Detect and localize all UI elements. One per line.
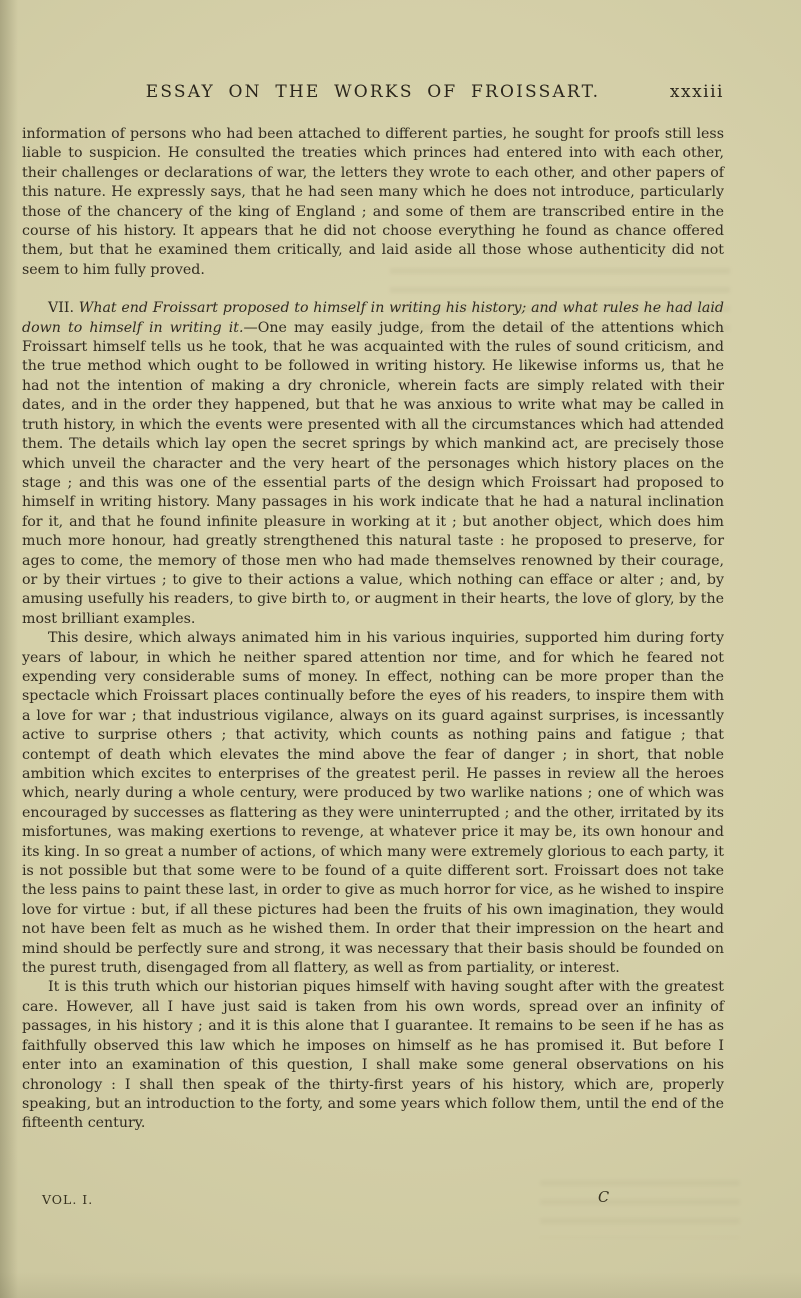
page-gutter-shading bbox=[0, 0, 18, 1298]
paragraph: VII. What end Froissart proposed to hims… bbox=[22, 299, 724, 629]
paragraph: information of persons who had been atta… bbox=[22, 125, 724, 280]
page-body: information of persons who had been atta… bbox=[22, 125, 724, 1134]
page-number: xxxiii bbox=[670, 82, 724, 102]
text-segment: This desire, which always animated him i… bbox=[22, 630, 724, 976]
text-segment: information of persons who had been atta… bbox=[22, 126, 724, 278]
text-segment: VII. bbox=[48, 300, 79, 316]
running-title: ESSAY ON THE WORKS OF FROISSART. bbox=[22, 82, 724, 102]
signature-mark: C bbox=[598, 1190, 609, 1206]
running-header: ESSAY ON THE WORKS OF FROISSART. xxxiii bbox=[22, 82, 724, 104]
paragraph: It is this truth which our historian piq… bbox=[22, 978, 724, 1133]
paragraph: This desire, which always animated him i… bbox=[22, 629, 724, 978]
text-block: ESSAY ON THE WORKS OF FROISSART. xxxiii … bbox=[22, 82, 724, 1134]
page-bottom-shading bbox=[0, 1272, 801, 1298]
ink-showthrough bbox=[540, 1180, 740, 1238]
text-segment: It is this truth which our historian piq… bbox=[22, 979, 724, 1131]
volume-label: VOL. I. bbox=[42, 1192, 93, 1207]
text-segment: —One may easily judge, from the detail o… bbox=[22, 320, 724, 627]
book-page-scan: ESSAY ON THE WORKS OF FROISSART. xxxiii … bbox=[0, 0, 801, 1298]
